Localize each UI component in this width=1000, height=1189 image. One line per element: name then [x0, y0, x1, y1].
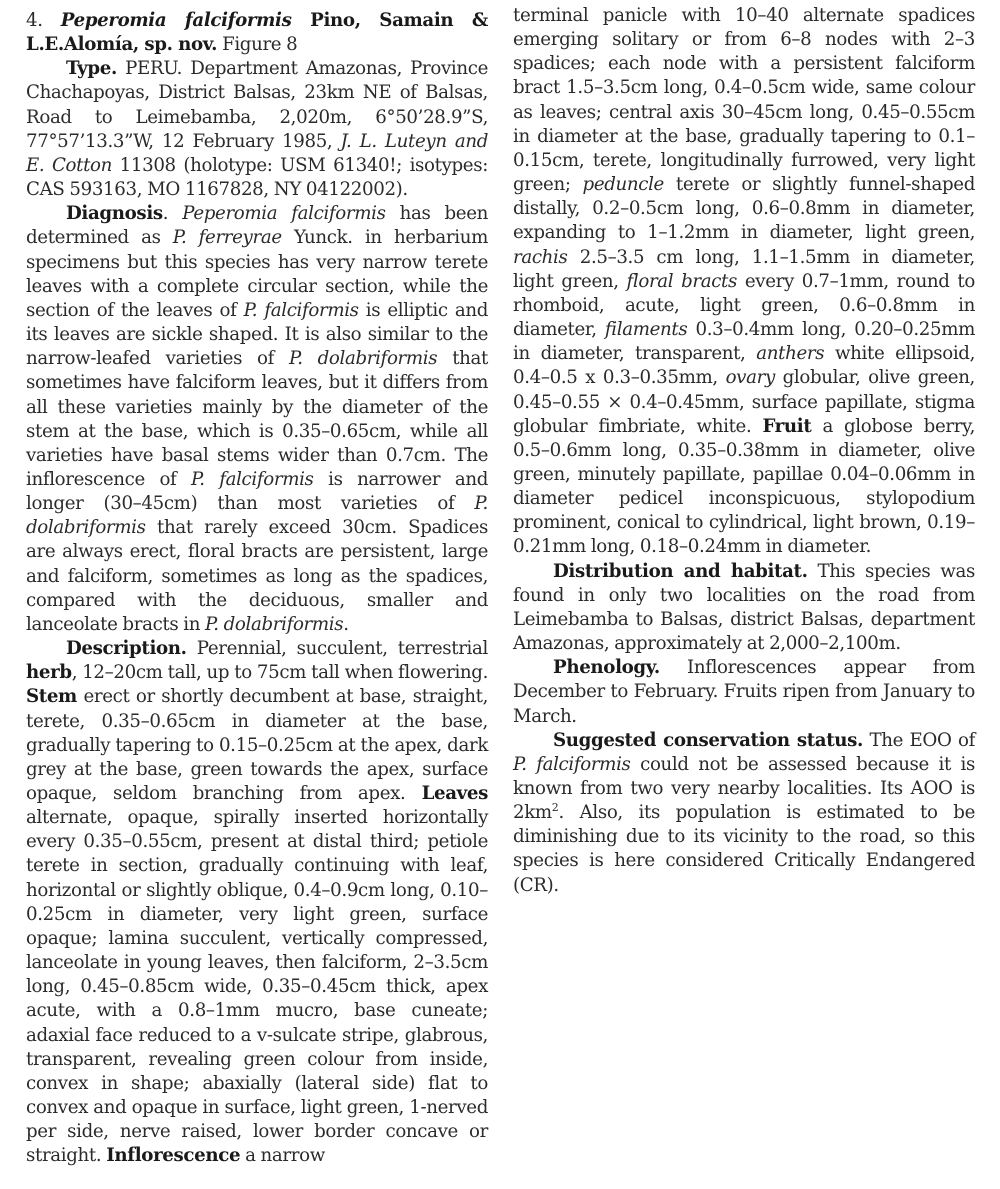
organ-term: Fruit	[762, 416, 811, 437]
description-text: alternate, opaque, spirally inserted hor…	[26, 807, 488, 1166]
description-text: terminal panicle with 10–40 alternate sp…	[513, 5, 975, 195]
right-column: terminal panicle with 10–40 alternate sp…	[513, 4, 975, 898]
description-text: , 12–20cm tall, up to 75cm tall when flo…	[72, 662, 488, 683]
description-text: a narrow	[245, 1145, 325, 1166]
organ-term: ovary	[726, 367, 775, 388]
diagnosis-text: .	[343, 614, 348, 635]
organ-term: peduncle	[583, 174, 664, 195]
description-text: Perennial, succulent, terrestrial	[197, 638, 488, 659]
paper-page: 4. Peperomia falciformis Pino, Samain & …	[0, 0, 1000, 1189]
taxon-name: P. dolabriformis	[205, 614, 343, 635]
organ-term: Inflorescence	[106, 1145, 240, 1166]
diagnosis-label: Diagnosis	[66, 203, 163, 224]
description-label: Description.	[66, 638, 187, 659]
organ-term: anthers	[756, 343, 824, 364]
figure-reference: Figure 8	[222, 34, 297, 55]
species-heading: 4. Peperomia falciformis Pino, Samain & …	[26, 9, 488, 57]
distribution-paragraph: Distribution and habitat. This species w…	[513, 560, 975, 657]
organ-term: rachis	[513, 247, 568, 268]
organ-term: Stem	[26, 686, 77, 707]
taxon-name: P. dolabriformis	[289, 348, 437, 369]
organ-term: herb	[26, 662, 72, 683]
organ-term: Leaves	[422, 783, 488, 804]
distribution-label: Distribution and habitat.	[553, 561, 808, 582]
description-text: erect or shortly decumbent at base, stra…	[26, 686, 488, 804]
taxon-name: P. falciformis	[513, 754, 631, 775]
species-name: Peperomia falciformis	[61, 10, 292, 31]
description-continued: terminal panicle with 10–40 alternate sp…	[513, 4, 975, 560]
phenology-paragraph: Phenology. Inflorescences appear from De…	[513, 656, 975, 728]
species-number: 4.	[26, 10, 43, 31]
conservation-text: . Also, its population is estimated to b…	[513, 802, 975, 895]
description-paragraph: Description. Perennial, succulent, terre…	[26, 637, 488, 1168]
type-paragraph: Type. PERU. Department Amazonas, Provinc…	[26, 57, 488, 202]
conservation-label: Suggested conservation status.	[553, 730, 863, 751]
type-label: Type.	[66, 58, 117, 79]
organ-term: filaments	[605, 319, 687, 340]
taxon-name: P. falciformis	[191, 469, 314, 490]
diagnosis-paragraph: Diagnosis. Peperomia falciformis has bee…	[26, 202, 488, 637]
conservation-paragraph: Suggested conservation status. The EOO o…	[513, 729, 975, 898]
conservation-text: The EOO of	[869, 730, 975, 751]
organ-term: floral bracts	[627, 271, 738, 292]
taxon-name: P. ferreyrae	[173, 227, 282, 248]
left-column: 4. Peperomia falciformis Pino, Samain & …	[26, 9, 488, 1169]
taxon-name: Peperomia falciformis	[182, 203, 385, 224]
phenology-label: Phenology.	[553, 657, 660, 678]
taxon-name: P. falciformis	[244, 300, 359, 321]
